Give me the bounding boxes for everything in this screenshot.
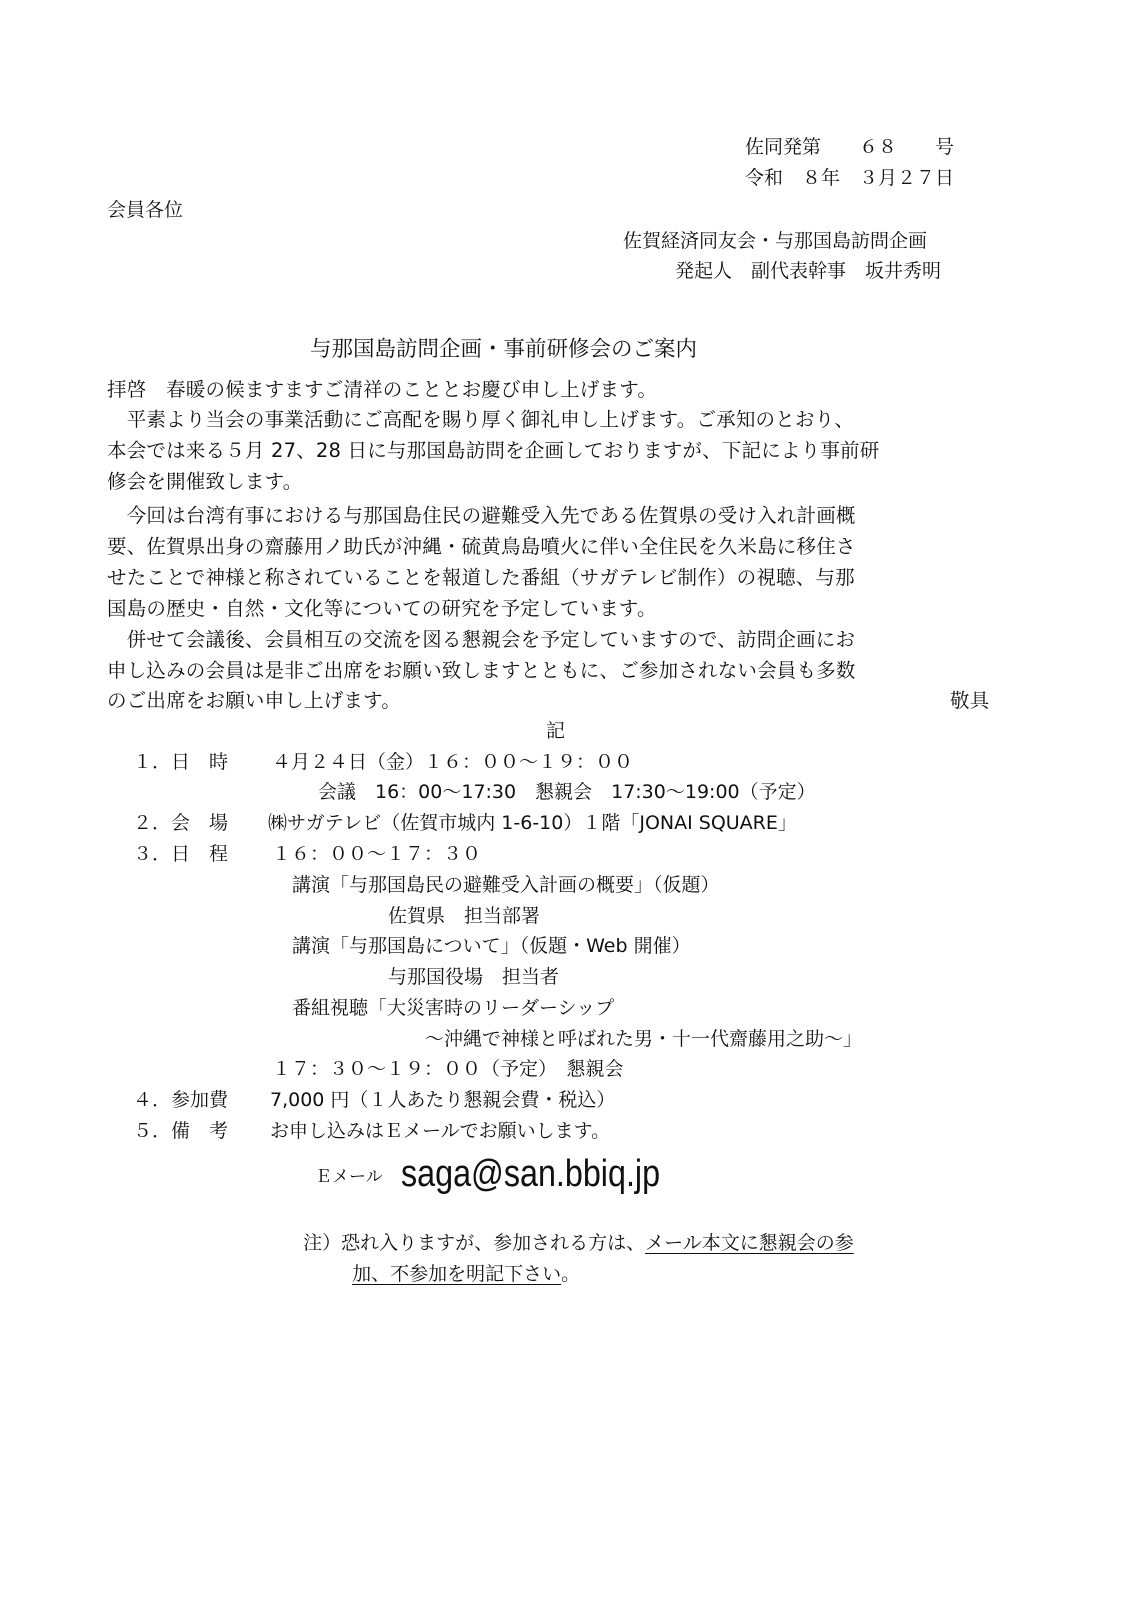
document-title: 与那国島訪問企画・事前研修会のご案内 xyxy=(310,336,697,364)
schedule-lecture-2-presenter: 与那国役場 担当者 xyxy=(388,965,559,990)
item-schedule-value: １６：００～１７：３０ xyxy=(272,842,481,867)
issue-date: 令和 ８年 ３月２７日 xyxy=(745,166,954,191)
body-line: 国島の歴史・自然・文化等についての研究を予定しています。 xyxy=(107,596,657,621)
note-line-2: 加、不参加を明記下さい。 xyxy=(340,1237,580,1287)
item-remarks-label: ５．備 考 xyxy=(133,1119,228,1144)
schedule-reception: １７：３０～１９：００（予定） 懇親会 xyxy=(272,1057,624,1082)
email-label: Ｅメール xyxy=(315,1162,383,1187)
item-datetime-label: １．日 時 xyxy=(133,750,228,775)
item-schedule-label: ３．日 程 xyxy=(133,842,228,867)
item-datetime-detail: 会議 16：00～17:30 懇親会 17:30～19:00（予定） xyxy=(318,780,816,805)
closing-keigu: 敬具 xyxy=(950,688,989,713)
schedule-lecture-1: 講演「与那国島民の避難受入計画の概要」（仮題） xyxy=(292,873,720,898)
email-address[interactable]: saga@san.bbiq.jp xyxy=(401,1152,660,1196)
body-line: 併せて会議後、会員相互の交流を図る懇親会を予定していますので、訪問企画にお xyxy=(107,627,855,652)
schedule-lecture-1-presenter: 佐賀県 担当部署 xyxy=(388,904,540,929)
sender-organization: 佐賀経済同友会・与那国島訪問企画 xyxy=(623,229,927,254)
schedule-program: 番組視聴「大災害時のリーダーシップ xyxy=(292,996,614,1021)
item-fee-label: ４．参加費 xyxy=(133,1088,228,1113)
body-line: 本会では来る５月 27、28 日に与那国島訪問を企画しておりますが、下記により事… xyxy=(107,438,879,463)
body-line: 平素より当会の事業活動にご高配を賜り厚く御礼申し上げます。ご承知のとおり、 xyxy=(107,407,854,432)
document-number: 佐同発第 ６８ 号 xyxy=(745,135,954,160)
addressee: 会員各位 xyxy=(107,198,183,223)
schedule-program-subtitle: ～沖縄で神様と呼ばれた男・十一代齋藤用之助～」 xyxy=(425,1027,862,1052)
item-remarks-value: お申し込みはＥメールでお願いします。 xyxy=(270,1119,610,1144)
item-datetime-value: ４月２４日（金）１６：００～１９：００ xyxy=(272,750,633,775)
item-fee-value: 7,000 円（１人あたり懇親会費・税込） xyxy=(270,1088,615,1113)
note-emphasis-1: メール本文に懇親会の参 xyxy=(645,1232,854,1254)
item-venue-label: ２．会 場 xyxy=(133,811,228,836)
body-line: せたことで神様と称されていることを報道した番組（サガテレビ制作）の視聴、与那 xyxy=(107,565,855,590)
body-line: 拝啓 春暖の候ますますご清祥のこととお慶び申し上げます。 xyxy=(107,377,657,402)
body-line: 修会を開催致します。 xyxy=(107,469,302,494)
sender-person: 発起人 副代表幹事 坂井秀明 xyxy=(675,259,941,284)
body-line: のご出席をお願い申し上げます。 xyxy=(107,688,401,713)
note-emphasis-2: 加、不参加を明記下さい xyxy=(352,1263,561,1285)
note-suffix: 。 xyxy=(561,1263,580,1285)
body-line: 今回は台湾有事における与那国島住民の避難受入先である佐賀県の受け入れ計画概 xyxy=(107,503,856,528)
item-venue-value: ㈱サガテレビ（佐賀市城内 1-6-10）１階「JONAI SQUARE」 xyxy=(268,811,797,836)
schedule-lecture-2: 講演「与那国島について」（仮題・Web 開催） xyxy=(292,934,691,959)
body-line: 要、佐賀県出身の齋藤用ノ助氏が沖縄・硫黄鳥島噴火に伴い全住民を久米島に移住さ xyxy=(107,534,856,559)
body-line: 申し込みの会員は是非ご出席をお願い致しますとともに、ご参加されない会員も多数 xyxy=(107,658,856,683)
ki-heading: 記 xyxy=(546,719,565,744)
